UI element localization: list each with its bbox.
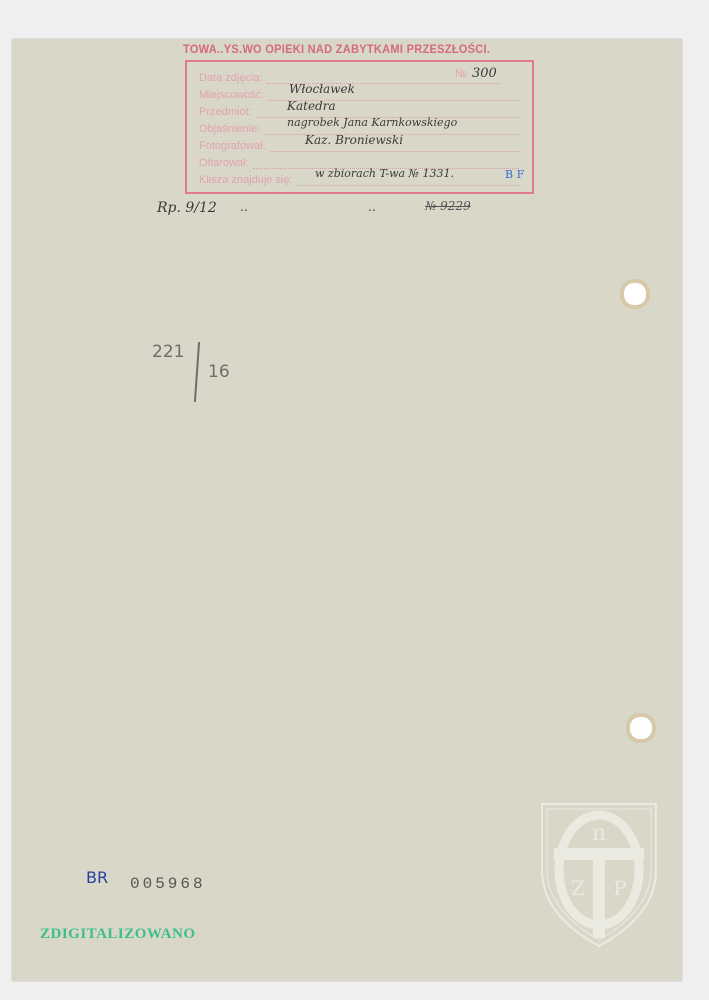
photographer-value: Kaz. Broniewski — [305, 133, 403, 147]
inventory-number: 005968 — [130, 875, 206, 893]
field-place: Miejscowość: — [199, 85, 519, 101]
stamp-header: TOWA..YS.WO OPIEKI NAD ZABYTKAMI PRZESZŁ… — [183, 42, 490, 56]
place-value: Włocławek — [289, 82, 355, 96]
nzp-shield-emblem-icon: n Z P — [538, 800, 660, 950]
digitized-stamp: ZDIGITALIZOWANO — [40, 926, 196, 943]
svg-text:n: n — [592, 821, 606, 846]
number-value: 300 — [472, 66, 497, 81]
number-label: № — [455, 68, 467, 80]
punch-hole — [624, 283, 646, 305]
struck-number: № 9229 — [425, 199, 471, 213]
pencil-number-top: 221 — [152, 342, 184, 362]
stamp-box: Data zdjęcia: № 300 Miejscowość: Włocław… — [185, 60, 534, 194]
rp-note: Rp. 9/12 — [157, 200, 217, 216]
br-mark: BR — [86, 868, 108, 887]
ditto-mark: .. — [368, 200, 376, 214]
svg-text:P: P — [613, 876, 626, 900]
description-value: nagrobek Jana Karnkowskiego — [287, 116, 457, 129]
svg-text:Z: Z — [571, 876, 585, 900]
subject-value: Katedra — [287, 99, 336, 113]
negative-extra: B F — [505, 168, 524, 181]
pencil-number-bottom: 16 — [208, 362, 230, 382]
ditto-mark: .. — [240, 200, 248, 214]
negative-value: w zbiorach T-wa № 1331. — [315, 167, 454, 180]
punch-hole — [630, 717, 652, 739]
